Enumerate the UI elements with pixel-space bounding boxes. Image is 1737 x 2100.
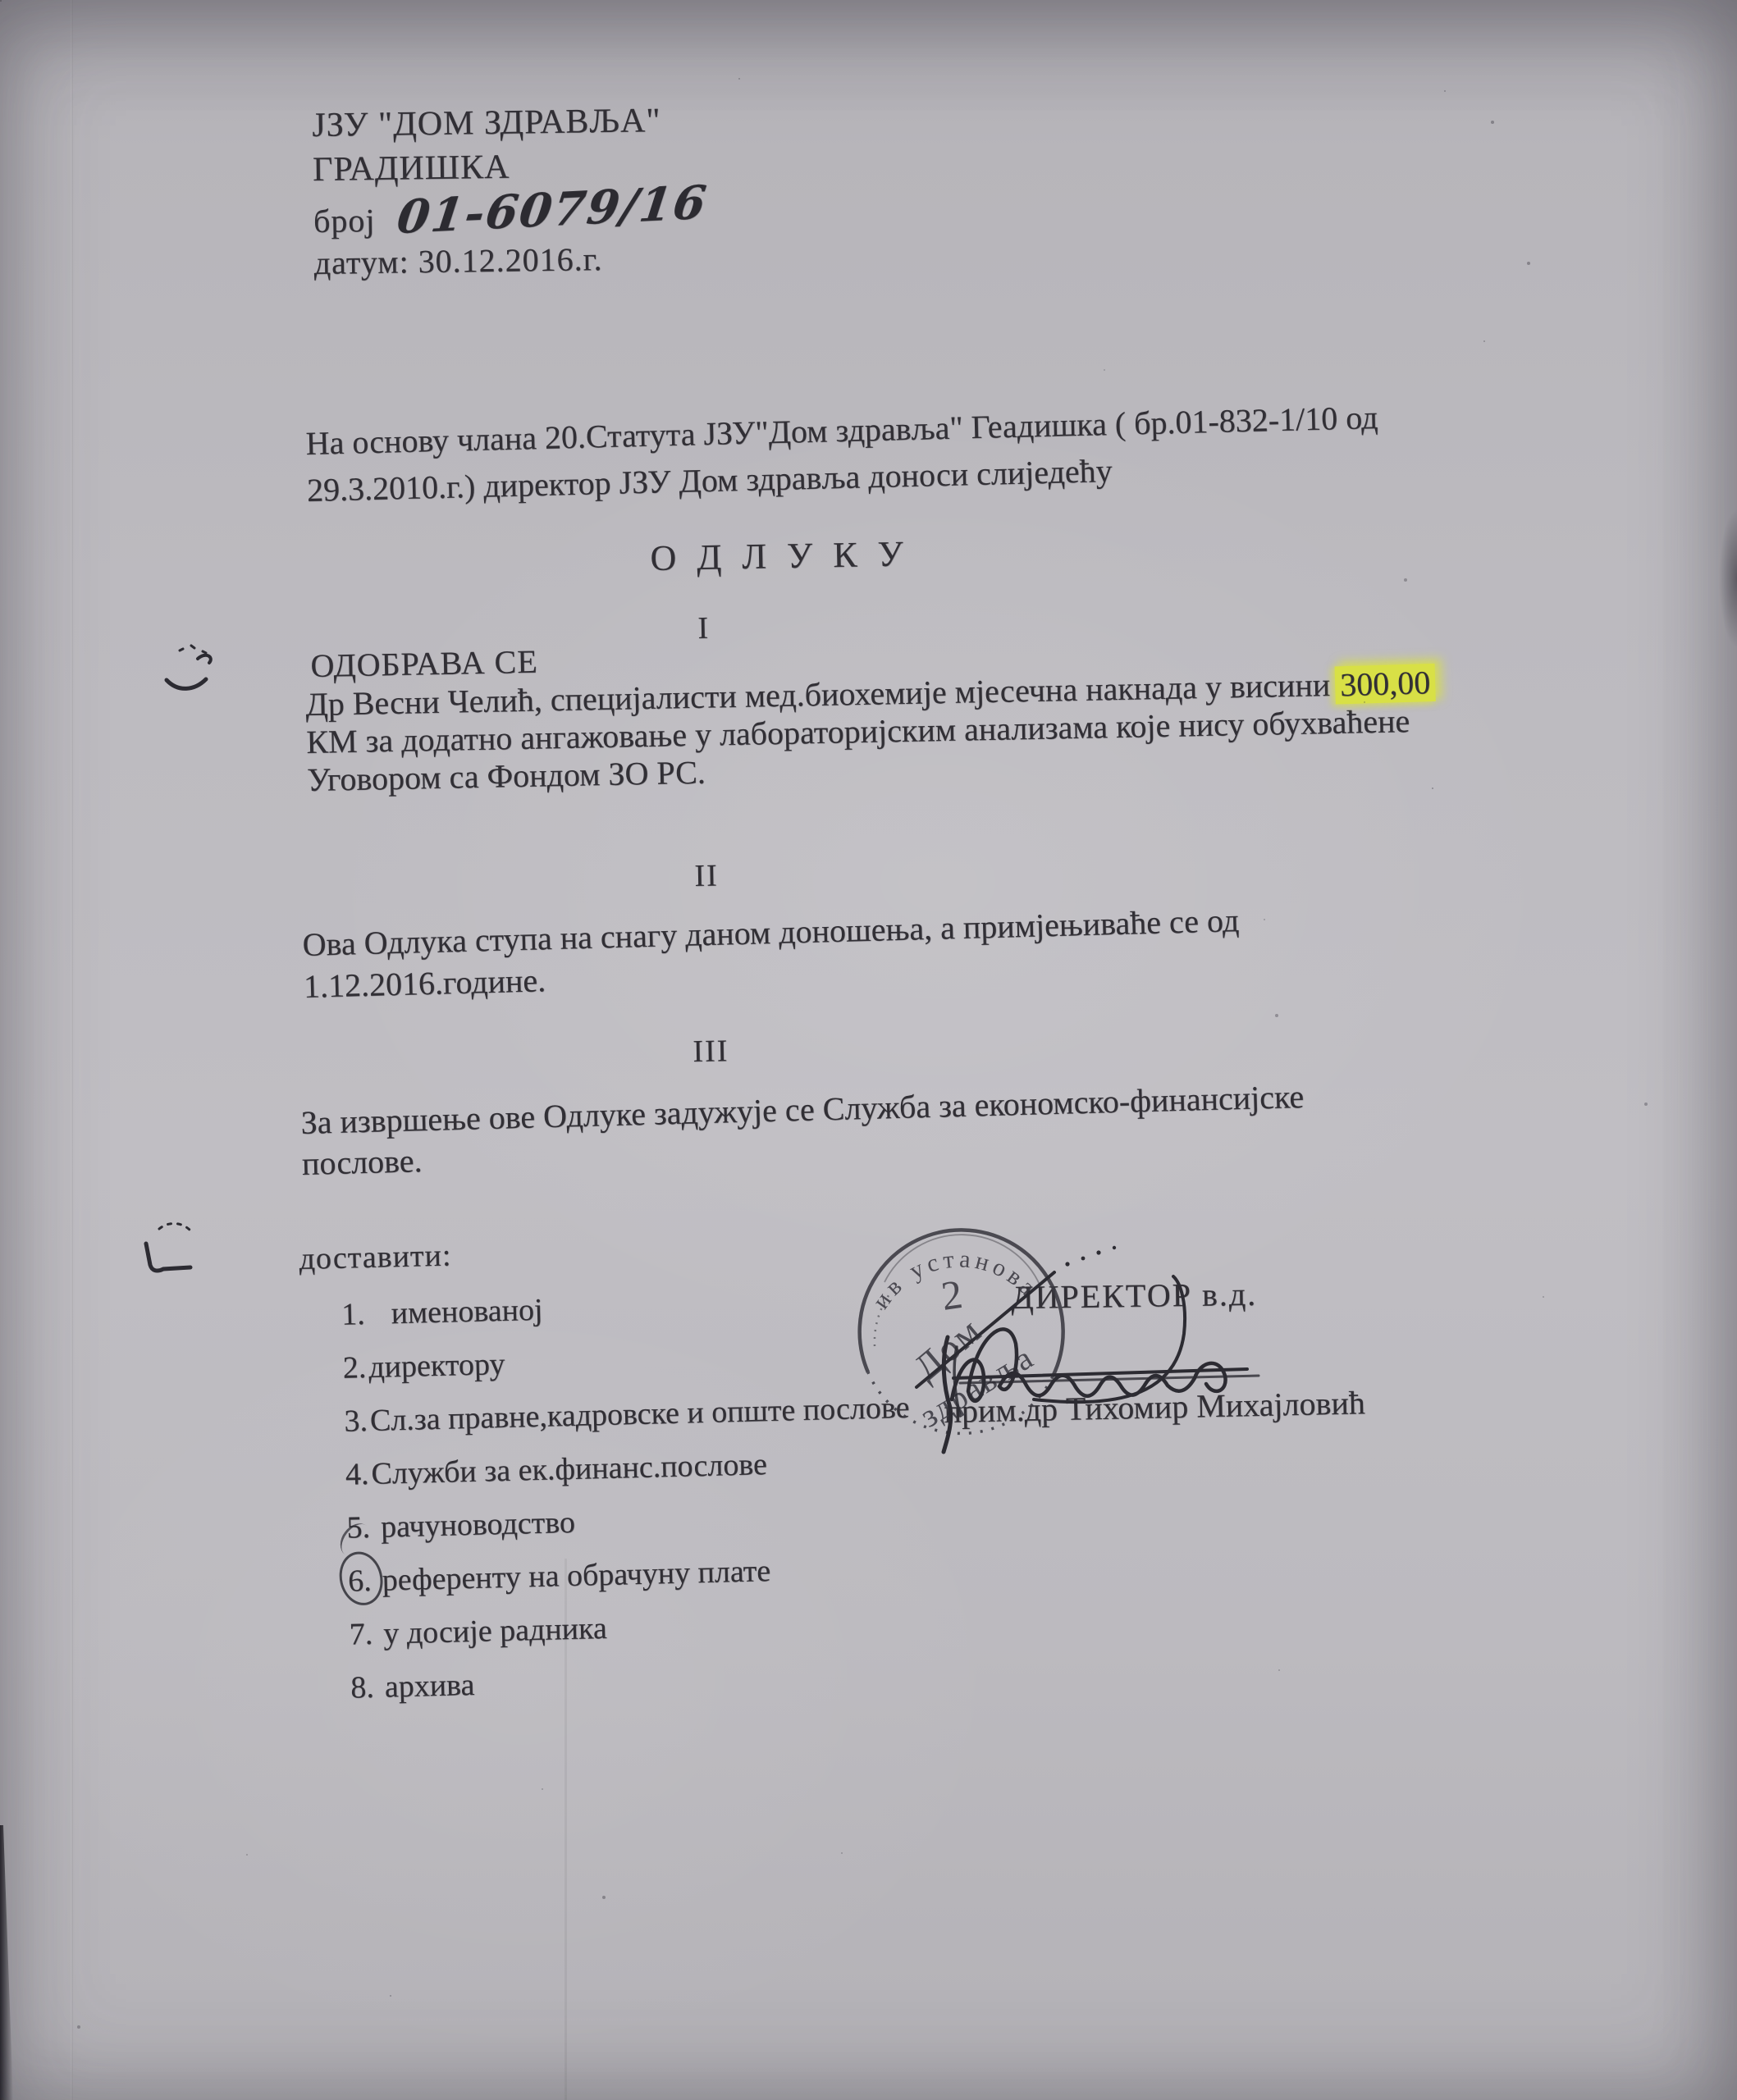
pen-mark bbox=[160, 640, 258, 697]
paper-fold-line bbox=[71, 0, 73, 2100]
section-1-heading: ОДОБРАВА СЕ bbox=[310, 642, 538, 685]
pen-mark bbox=[138, 1218, 212, 1280]
paper-edge-shadow bbox=[0, 1825, 13, 2100]
section-2-numeral: II bbox=[694, 857, 719, 894]
document-title: О Д Л У К У bbox=[650, 532, 909, 578]
highlight-amount: 300,00 bbox=[1334, 664, 1435, 705]
section-3-body: За извршење ове Одлуке задужује се Служб… bbox=[300, 1076, 1305, 1185]
intro-paragraph: На основу члана 20.Статута ЈЗУ"Дом здрав… bbox=[305, 394, 1379, 514]
org-name: ЈЗУ "ДОМ ЗДРАВЉА" bbox=[312, 98, 706, 148]
section-1-numeral: I bbox=[697, 610, 710, 646]
section-3-numeral: III bbox=[693, 1033, 729, 1070]
distribution-label: доставити: bbox=[299, 1226, 906, 1278]
section-2-body: Ова Одлука ступа на снагу даном доношења… bbox=[302, 899, 1241, 1007]
doc-date: датум: 30.12.2016.г. bbox=[313, 235, 707, 285]
pen-circle-mark: 6. bbox=[347, 1554, 372, 1609]
section-1-body: Др Весни Челић, специјалисти мед.биохеми… bbox=[305, 664, 1437, 799]
paper-edge-shadow bbox=[1719, 509, 1737, 648]
signature bbox=[903, 1255, 1296, 1468]
letterhead: ЈЗУ "ДОМ ЗДРАВЉА" ГРАДИШКА број01-6079/1… bbox=[312, 98, 707, 285]
scanned-decision-document: ЈЗУ "ДОМ ЗДРАВЉА" ГРАДИШКА број01-6079/1… bbox=[0, 0, 1737, 2100]
dust-specks bbox=[0, 0, 2, 2]
distribution-list: доставити: 1.именованој 2.директору 3.Сл… bbox=[299, 1226, 916, 1716]
doc-number-label: број bbox=[313, 202, 376, 240]
